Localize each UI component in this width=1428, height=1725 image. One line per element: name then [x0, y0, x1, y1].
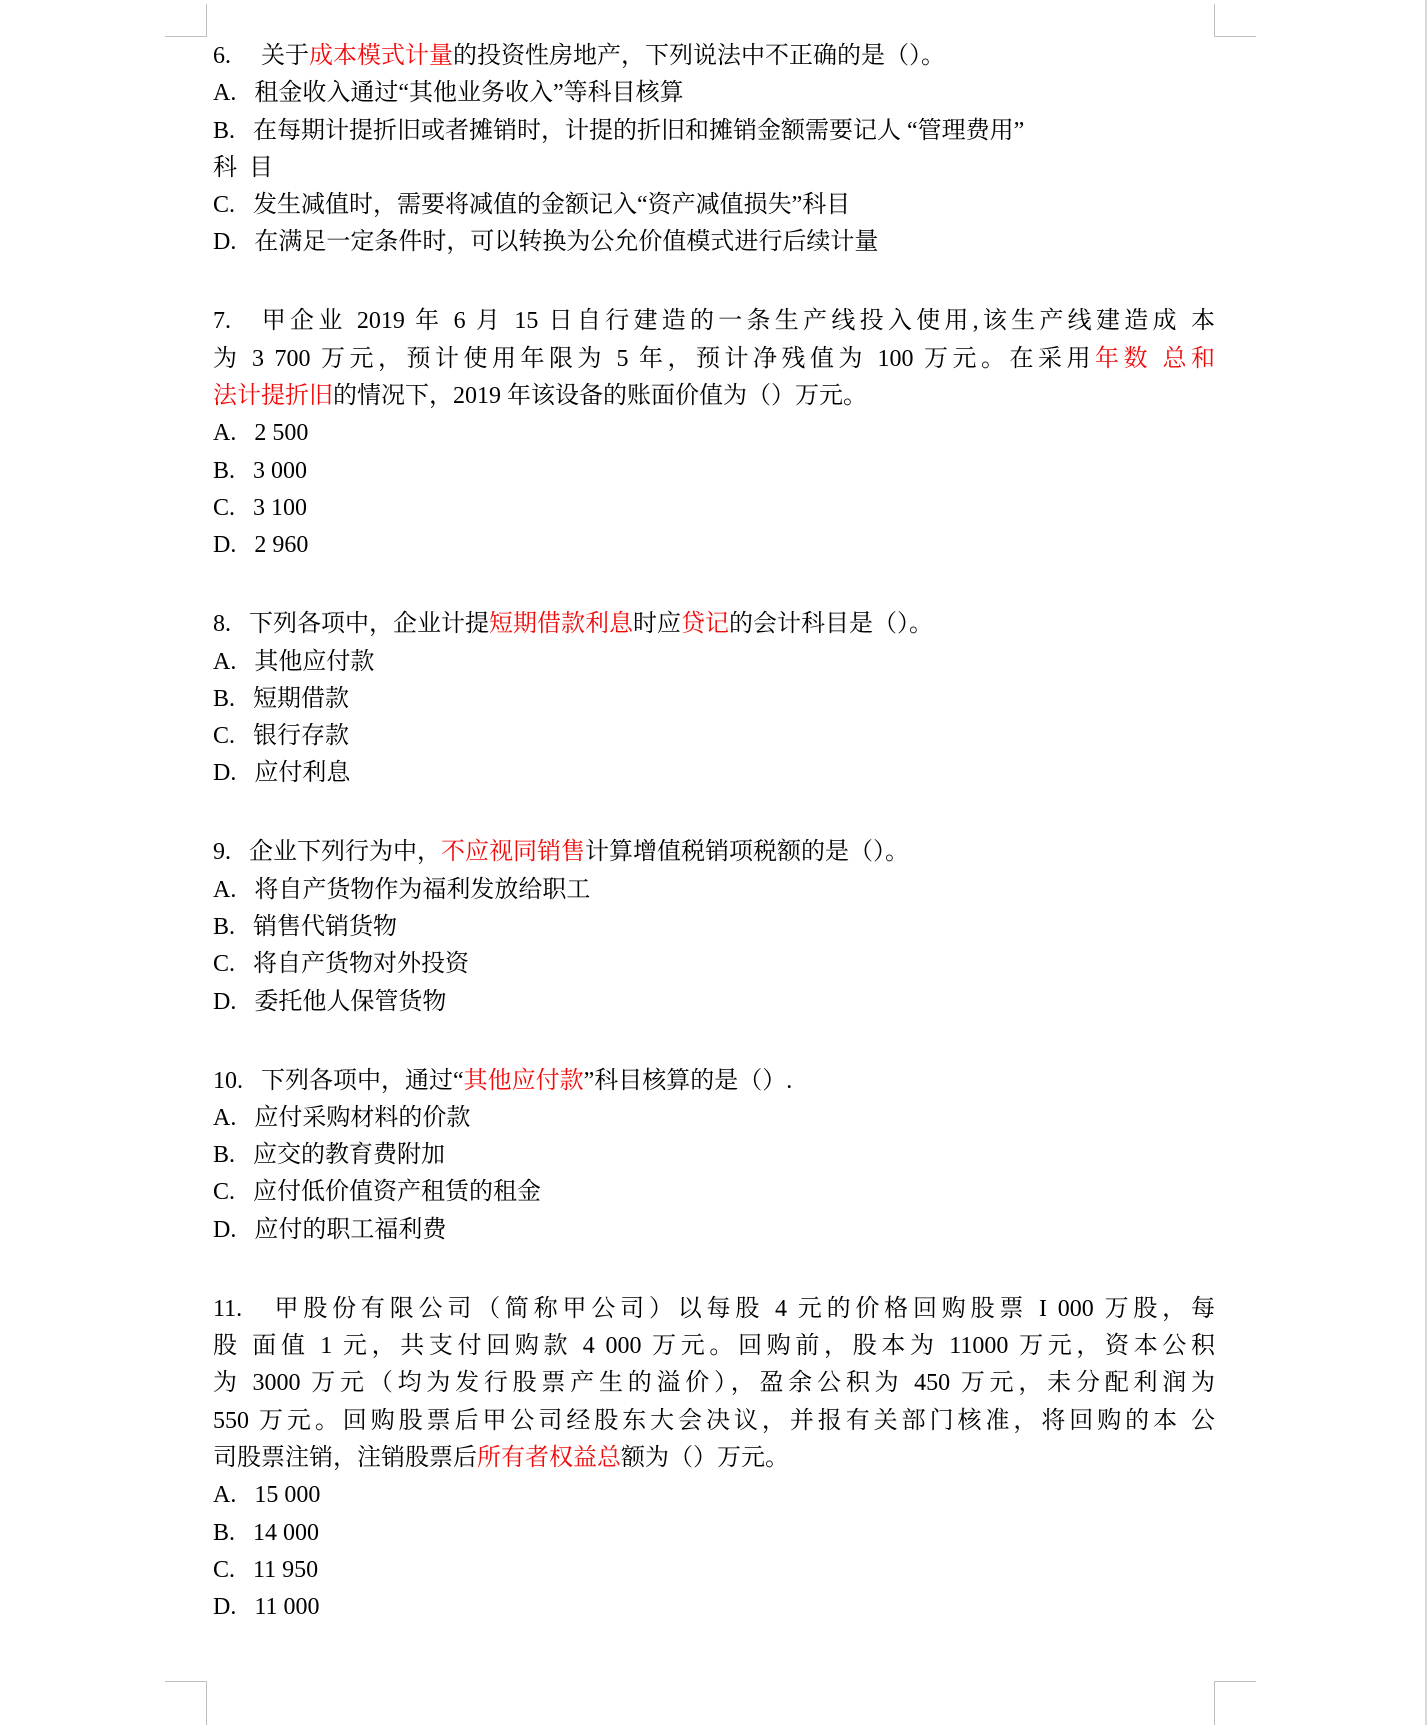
text-segment: C. 发生减值时，需要将减值的金额记入“资产减值损失”科目: [213, 192, 850, 218]
text-segment: 6. 关于: [213, 43, 309, 69]
text-segment: ”科目核算的是（）.: [584, 1068, 793, 1094]
question-10: 10. 下列各项中，通过“其他应付款”科目核算的是（）.A. 应付采购材料的价款…: [213, 1063, 1215, 1249]
text-line: D. 在满足一定条件时，可以转换为公允价值模式进行后续计量: [213, 224, 1215, 261]
text-segment: 科 目: [213, 155, 273, 181]
highlighted-text: 贷记: [681, 611, 729, 637]
question-6: 6. 关于成本模式计量的投资性房地产，下列说法中不正确的是（）。A. 租金收入通…: [213, 38, 1215, 262]
text-segment: C. 将自产货物对外投资: [213, 951, 469, 977]
text-line: 为 3 700 万元，预计使用年限为 5 年，预计净残值为 100 万元。在采用…: [213, 341, 1215, 378]
highlighted-text: 其他应付款: [464, 1068, 584, 1094]
question-8: 8. 下列各项中，企业计提短期借款利息时应贷记的会计科目是（）。A. 其他应付款…: [213, 606, 1215, 792]
text-segment: A. 15 000: [213, 1482, 320, 1508]
text-boundary-mark-bottom-right: [1214, 1681, 1256, 1725]
text-line: 司股票注销，注销股票后所有者权益总额为（）万元。: [213, 1440, 1215, 1477]
text-segment: 额为（）万元。: [621, 1445, 789, 1471]
text-segment: 的情况下，2019 年该设备的账面价值为（）万元。: [333, 383, 867, 409]
text-segment: B. 在每期计提折旧或者摊销时，计提的折旧和摊销金额需要记人 “管理费用”: [213, 118, 1024, 144]
text-segment: 11. 甲股份有限公司（简称甲公司）以每股 4 元的价格回购股票 I 000 万…: [213, 1296, 1215, 1322]
text-segment: 9. 企业下列行为中，: [213, 839, 441, 865]
text-line: 550 万元。回购股票后甲公司经股东大会决议，并报有关部门核准，将回购的本 公: [213, 1403, 1215, 1440]
text-line: B. 应交的教育费附加: [213, 1137, 1215, 1174]
text-line: B. 14 000: [213, 1515, 1215, 1552]
text-line: D. 应付利息: [213, 755, 1215, 792]
text-line: 9. 企业下列行为中，不应视同销售计算增值税销项税额的是（）。: [213, 834, 1215, 871]
text-segment: C. 3 100: [213, 495, 307, 521]
text-segment: C. 银行存款: [213, 723, 349, 749]
text-segment: D. 应付利息: [213, 760, 350, 786]
text-segment: 10. 下列各项中，通过“: [213, 1068, 464, 1094]
text-segment: 司股票注销，注销股票后: [213, 1445, 477, 1471]
text-line: 6. 关于成本模式计量的投资性房地产，下列说法中不正确的是（）。: [213, 38, 1215, 75]
text-line: 8. 下列各项中，企业计提短期借款利息时应贷记的会计科目是（）。: [213, 606, 1215, 643]
text-line: 7. 甲企业 2019 年 6 月 15 日自行建造的一条生产线投入使用,该生产…: [213, 303, 1215, 340]
text-line: 科 目: [213, 150, 1215, 187]
text-line: A. 租金收入通过“其他业务收入”等科目核算: [213, 75, 1215, 112]
text-line: A. 15 000: [213, 1477, 1215, 1514]
text-line: D. 委托他人保管货物: [213, 984, 1215, 1021]
text-line: D. 2 960: [213, 527, 1215, 564]
text-segment: 550 万元。回购股票后甲公司经股东大会决议，并报有关部门核准，将回购的本 公: [213, 1408, 1215, 1434]
text-line: B. 3 000: [213, 453, 1215, 490]
text-boundary-mark-top-left: [165, 4, 207, 37]
text-segment: 的投资性房地产，下列说法中不正确的是（）。: [453, 43, 945, 69]
question-7: 7. 甲企业 2019 年 6 月 15 日自行建造的一条生产线投入使用,该生产…: [213, 303, 1215, 564]
text-line: B. 短期借款: [213, 681, 1215, 718]
text-segment: 股 面值 1 元，共支付回购款 4 000 万元。回购前，股本为 11000 万…: [213, 1333, 1215, 1359]
text-line: 11. 甲股份有限公司（简称甲公司）以每股 4 元的价格回购股票 I 000 万…: [213, 1291, 1215, 1328]
text-line: A. 将自产货物作为福利发放给职工: [213, 872, 1215, 909]
text-segment: 为 3000 万元（均为发行股票产生的溢价），盈余公积为 450 万元，未分配利…: [213, 1370, 1215, 1396]
text-line: 10. 下列各项中，通过“其他应付款”科目核算的是（）.: [213, 1063, 1215, 1100]
text-line: C. 11 950: [213, 1552, 1215, 1589]
text-segment: B. 3 000: [213, 458, 307, 484]
text-line: 为 3000 万元（均为发行股票产生的溢价），盈余公积为 450 万元，未分配利…: [213, 1365, 1215, 1402]
highlighted-text: 短期借款利息: [489, 611, 633, 637]
text-segment: D. 11 000: [213, 1594, 319, 1620]
text-line: C. 银行存款: [213, 718, 1215, 755]
text-segment: 计算增值税销项税额的是（）。: [585, 839, 909, 865]
text-line: B. 在每期计提折旧或者摊销时，计提的折旧和摊销金额需要记人 “管理费用”: [213, 113, 1215, 150]
highlighted-text: 年数 总和: [1095, 346, 1215, 372]
text-segment: 8. 下列各项中，企业计提: [213, 611, 489, 637]
document-content[interactable]: 6. 关于成本模式计量的投资性房地产，下列说法中不正确的是（）。A. 租金收入通…: [213, 38, 1215, 1626]
text-line: 股 面值 1 元，共支付回购款 4 000 万元。回购前，股本为 11000 万…: [213, 1328, 1215, 1365]
text-segment: D. 2 960: [213, 532, 308, 558]
text-line: C. 将自产货物对外投资: [213, 946, 1215, 983]
text-segment: A. 2 500: [213, 420, 308, 446]
text-boundary-mark-bottom-left: [165, 1681, 207, 1725]
highlighted-text: 不应视同销售: [441, 839, 585, 865]
text-line: B. 销售代销货物: [213, 909, 1215, 946]
text-line: C. 3 100: [213, 490, 1215, 527]
highlighted-text: 所有者权益总: [477, 1445, 621, 1471]
question-11: 11. 甲股份有限公司（简称甲公司）以每股 4 元的价格回购股票 I 000 万…: [213, 1291, 1215, 1627]
text-line: D. 11 000: [213, 1589, 1215, 1626]
page-edge-line: [1425, 0, 1427, 1725]
highlighted-text: 成本模式计量: [309, 43, 453, 69]
text-segment: D. 应付的职工福利费: [213, 1217, 446, 1243]
text-line: C. 发生减值时，需要将减值的金额记入“资产减值损失”科目: [213, 187, 1215, 224]
highlighted-text: 法计提折旧: [213, 383, 333, 409]
text-segment: C. 应付低价值资产租赁的租金: [213, 1179, 541, 1205]
text-segment: B. 销售代销货物: [213, 914, 397, 940]
text-segment: 为 3 700 万元，预计使用年限为 5 年，预计净残值为 100 万元。在采用: [213, 346, 1095, 372]
text-segment: B. 短期借款: [213, 686, 349, 712]
text-line: A. 其他应付款: [213, 644, 1215, 681]
text-line: A. 应付采购材料的价款: [213, 1100, 1215, 1137]
text-segment: A. 将自产货物作为福利发放给职工: [213, 877, 590, 903]
text-segment: 7. 甲企业 2019 年 6 月 15 日自行建造的一条生产线投入使用,该生产…: [213, 308, 1215, 334]
text-segment: D. 在满足一定条件时，可以转换为公允价值模式进行后续计量: [213, 229, 878, 255]
text-segment: A. 租金收入通过“其他业务收入”等科目核算: [213, 80, 684, 106]
text-segment: D. 委托他人保管货物: [213, 989, 446, 1015]
question-9: 9. 企业下列行为中，不应视同销售计算增值税销项税额的是（）。A. 将自产货物作…: [213, 834, 1215, 1020]
text-segment: 时应: [633, 611, 681, 637]
text-segment: A. 应付采购材料的价款: [213, 1105, 470, 1131]
document-page: 6. 关于成本模式计量的投资性房地产，下列说法中不正确的是（）。A. 租金收入通…: [0, 0, 1428, 1725]
text-line: 法计提折旧的情况下，2019 年该设备的账面价值为（）万元。: [213, 378, 1215, 415]
text-boundary-mark-top-right: [1214, 4, 1256, 37]
text-segment: B. 14 000: [213, 1520, 319, 1546]
text-line: D. 应付的职工福利费: [213, 1212, 1215, 1249]
text-segment: 的会计科目是（）。: [729, 611, 933, 637]
text-segment: B. 应交的教育费附加: [213, 1142, 445, 1168]
text-line: A. 2 500: [213, 415, 1215, 452]
text-line: C. 应付低价值资产租赁的租金: [213, 1174, 1215, 1211]
text-segment: C. 11 950: [213, 1557, 318, 1583]
text-segment: A. 其他应付款: [213, 649, 374, 675]
